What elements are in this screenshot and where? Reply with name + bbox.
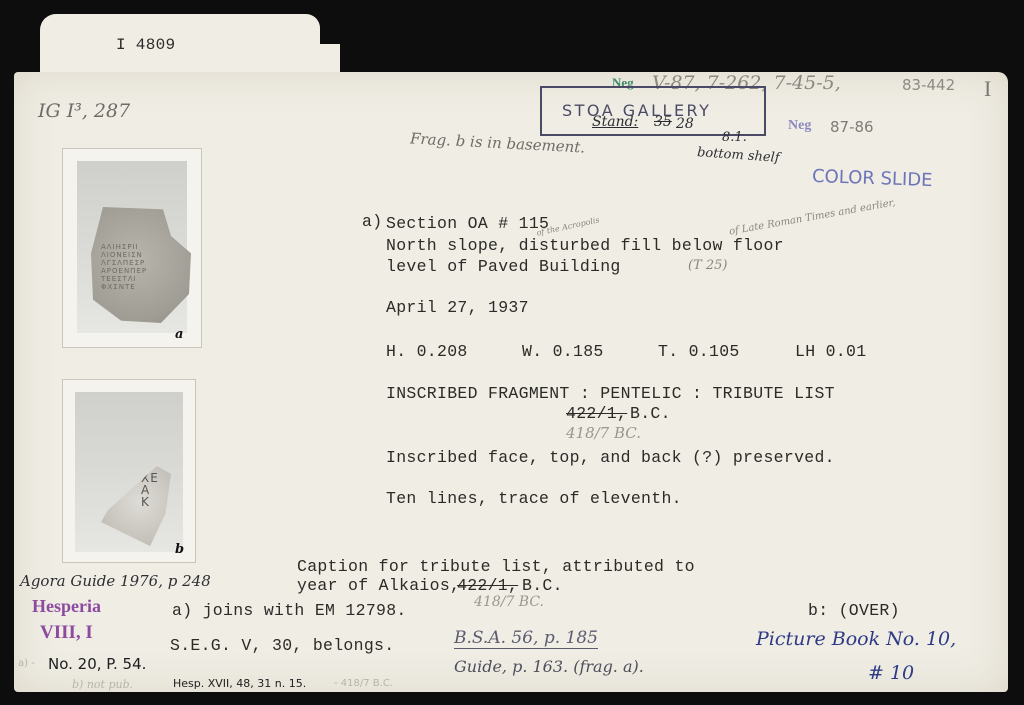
faint-note-b: b) not pub.	[72, 678, 133, 691]
guide-reference: Guide, p. 163. (frag. a).	[454, 657, 644, 676]
over-note: b: (OVER)	[808, 601, 900, 620]
fragment-a-inscription: ΑΛΙΗΣΡΙΙΛΙΟΝΕΙΣΝΛΓΣΛΠΕΣΡΑΡΟΕΝΠΕΡΤΕΕΣΤΛΙΦ…	[101, 243, 147, 291]
stand-new: 28	[676, 116, 694, 132]
neg2-label: Neg	[788, 118, 811, 134]
dimension-height: H. 0.208	[386, 342, 468, 361]
photo-b-label: b	[175, 542, 184, 557]
color-slide-stamp: COLOR SLIDE	[812, 166, 933, 191]
seg-reference: S.E.G. V, 30, belongs.	[170, 636, 394, 655]
section-marker: a)	[362, 212, 382, 231]
fragment-b-inscription: ΧΕ Α Κ	[141, 472, 155, 508]
caption-line1: Caption for tribute list, attributed to	[297, 557, 695, 576]
hesperia-number: No. 20, P. 54.	[48, 655, 146, 673]
description-date-bc: B.C.	[630, 404, 671, 423]
lines-note: Ten lines, trace of eleventh.	[386, 489, 682, 508]
picture-book-number: # 10	[868, 662, 914, 684]
description-date-correction: 418/7 BC.	[566, 424, 641, 442]
caption-line2-struck: 422/1,	[457, 576, 518, 595]
picture-book-reference: Picture Book No. 10,	[756, 628, 956, 650]
neg2-value: 87-86	[830, 118, 874, 136]
description-line1: INSCRIBED FRAGMENT : PENTELIC : TRIBUTE …	[386, 384, 835, 403]
stand-sub: 8.1.	[722, 130, 747, 145]
dimension-thickness: T. 0.105	[658, 342, 740, 361]
stand-label: Stand:	[592, 114, 638, 130]
photo-a-image: ΑΛΙΗΣΡΙΙΛΙΟΝΕΙΣΝΛΓΣΛΠΕΣΡΑΡΟΕΝΠΕΡΤΕΕΣΤΛΙΦ…	[77, 161, 187, 333]
caption-line2-pre: year of Alkaios,	[297, 576, 460, 595]
section-line2: North slope, disturbed fill below floor	[386, 236, 784, 255]
caption-correction: 418/7 BC.	[474, 594, 544, 610]
photo-a-label: a	[175, 327, 183, 342]
photo-fragment-a: ΑΛΙΗΣΡΙΙΛΙΟΝΕΙΣΝΛΓΣΛΠΕΣΡΑΡΟΕΝΠΕΡΤΕΕΣΤΛΙΦ…	[62, 148, 202, 348]
section-line1: Section OA # 115	[386, 214, 549, 233]
hesperia-stamp: Hesperia	[32, 596, 101, 617]
section-line3: level of Paved Building	[386, 257, 621, 276]
photo-fragment-b: ΧΕ Α Κ b	[62, 379, 196, 563]
faint-note-a: a) -	[18, 658, 35, 669]
hesperia-xvii-reference: Hesp. XVII, 48, 31 n. 15.	[173, 677, 306, 690]
annot-t25: (T 25)	[688, 258, 728, 273]
agora-guide-reference: Agora Guide 1976, p 248	[20, 572, 211, 590]
bsa-reference: B.S.A. 56, p. 185	[454, 628, 598, 649]
stand-struck: 35	[654, 114, 672, 130]
description-date-struck: 422/1,	[566, 404, 627, 423]
find-date: April 27, 1937	[386, 298, 529, 317]
inventory-number: I 4809	[116, 36, 175, 54]
fragment-b-stone: ΧΕ Α Κ	[101, 466, 171, 546]
joins-note: a) joins with EM 12798.	[172, 601, 407, 620]
ig-reference: IG I³, 287	[38, 100, 130, 122]
neg-suffix: I	[984, 76, 991, 102]
neg-extra: 83-442	[902, 76, 955, 94]
faint-date-note: - 418/7 B.C.	[334, 678, 393, 689]
dimension-width: W. 0.185	[522, 342, 604, 361]
preserved-note: Inscribed face, top, and back (?) preser…	[386, 448, 835, 467]
fragment-a-stone: ΑΛΙΗΣΡΙΙΛΙΟΝΕΙΣΝΛΓΣΛΠΕΣΡΑΡΟΕΝΠΕΡΤΕΕΣΤΛΙΦ…	[91, 207, 191, 323]
caption-line2-post: B.C.	[522, 576, 563, 595]
dimension-letter-height: LH 0.01	[795, 342, 866, 361]
hesperia-volume: VIII, I	[40, 622, 93, 644]
photo-b-image: ΧΕ Α Κ	[75, 392, 183, 552]
